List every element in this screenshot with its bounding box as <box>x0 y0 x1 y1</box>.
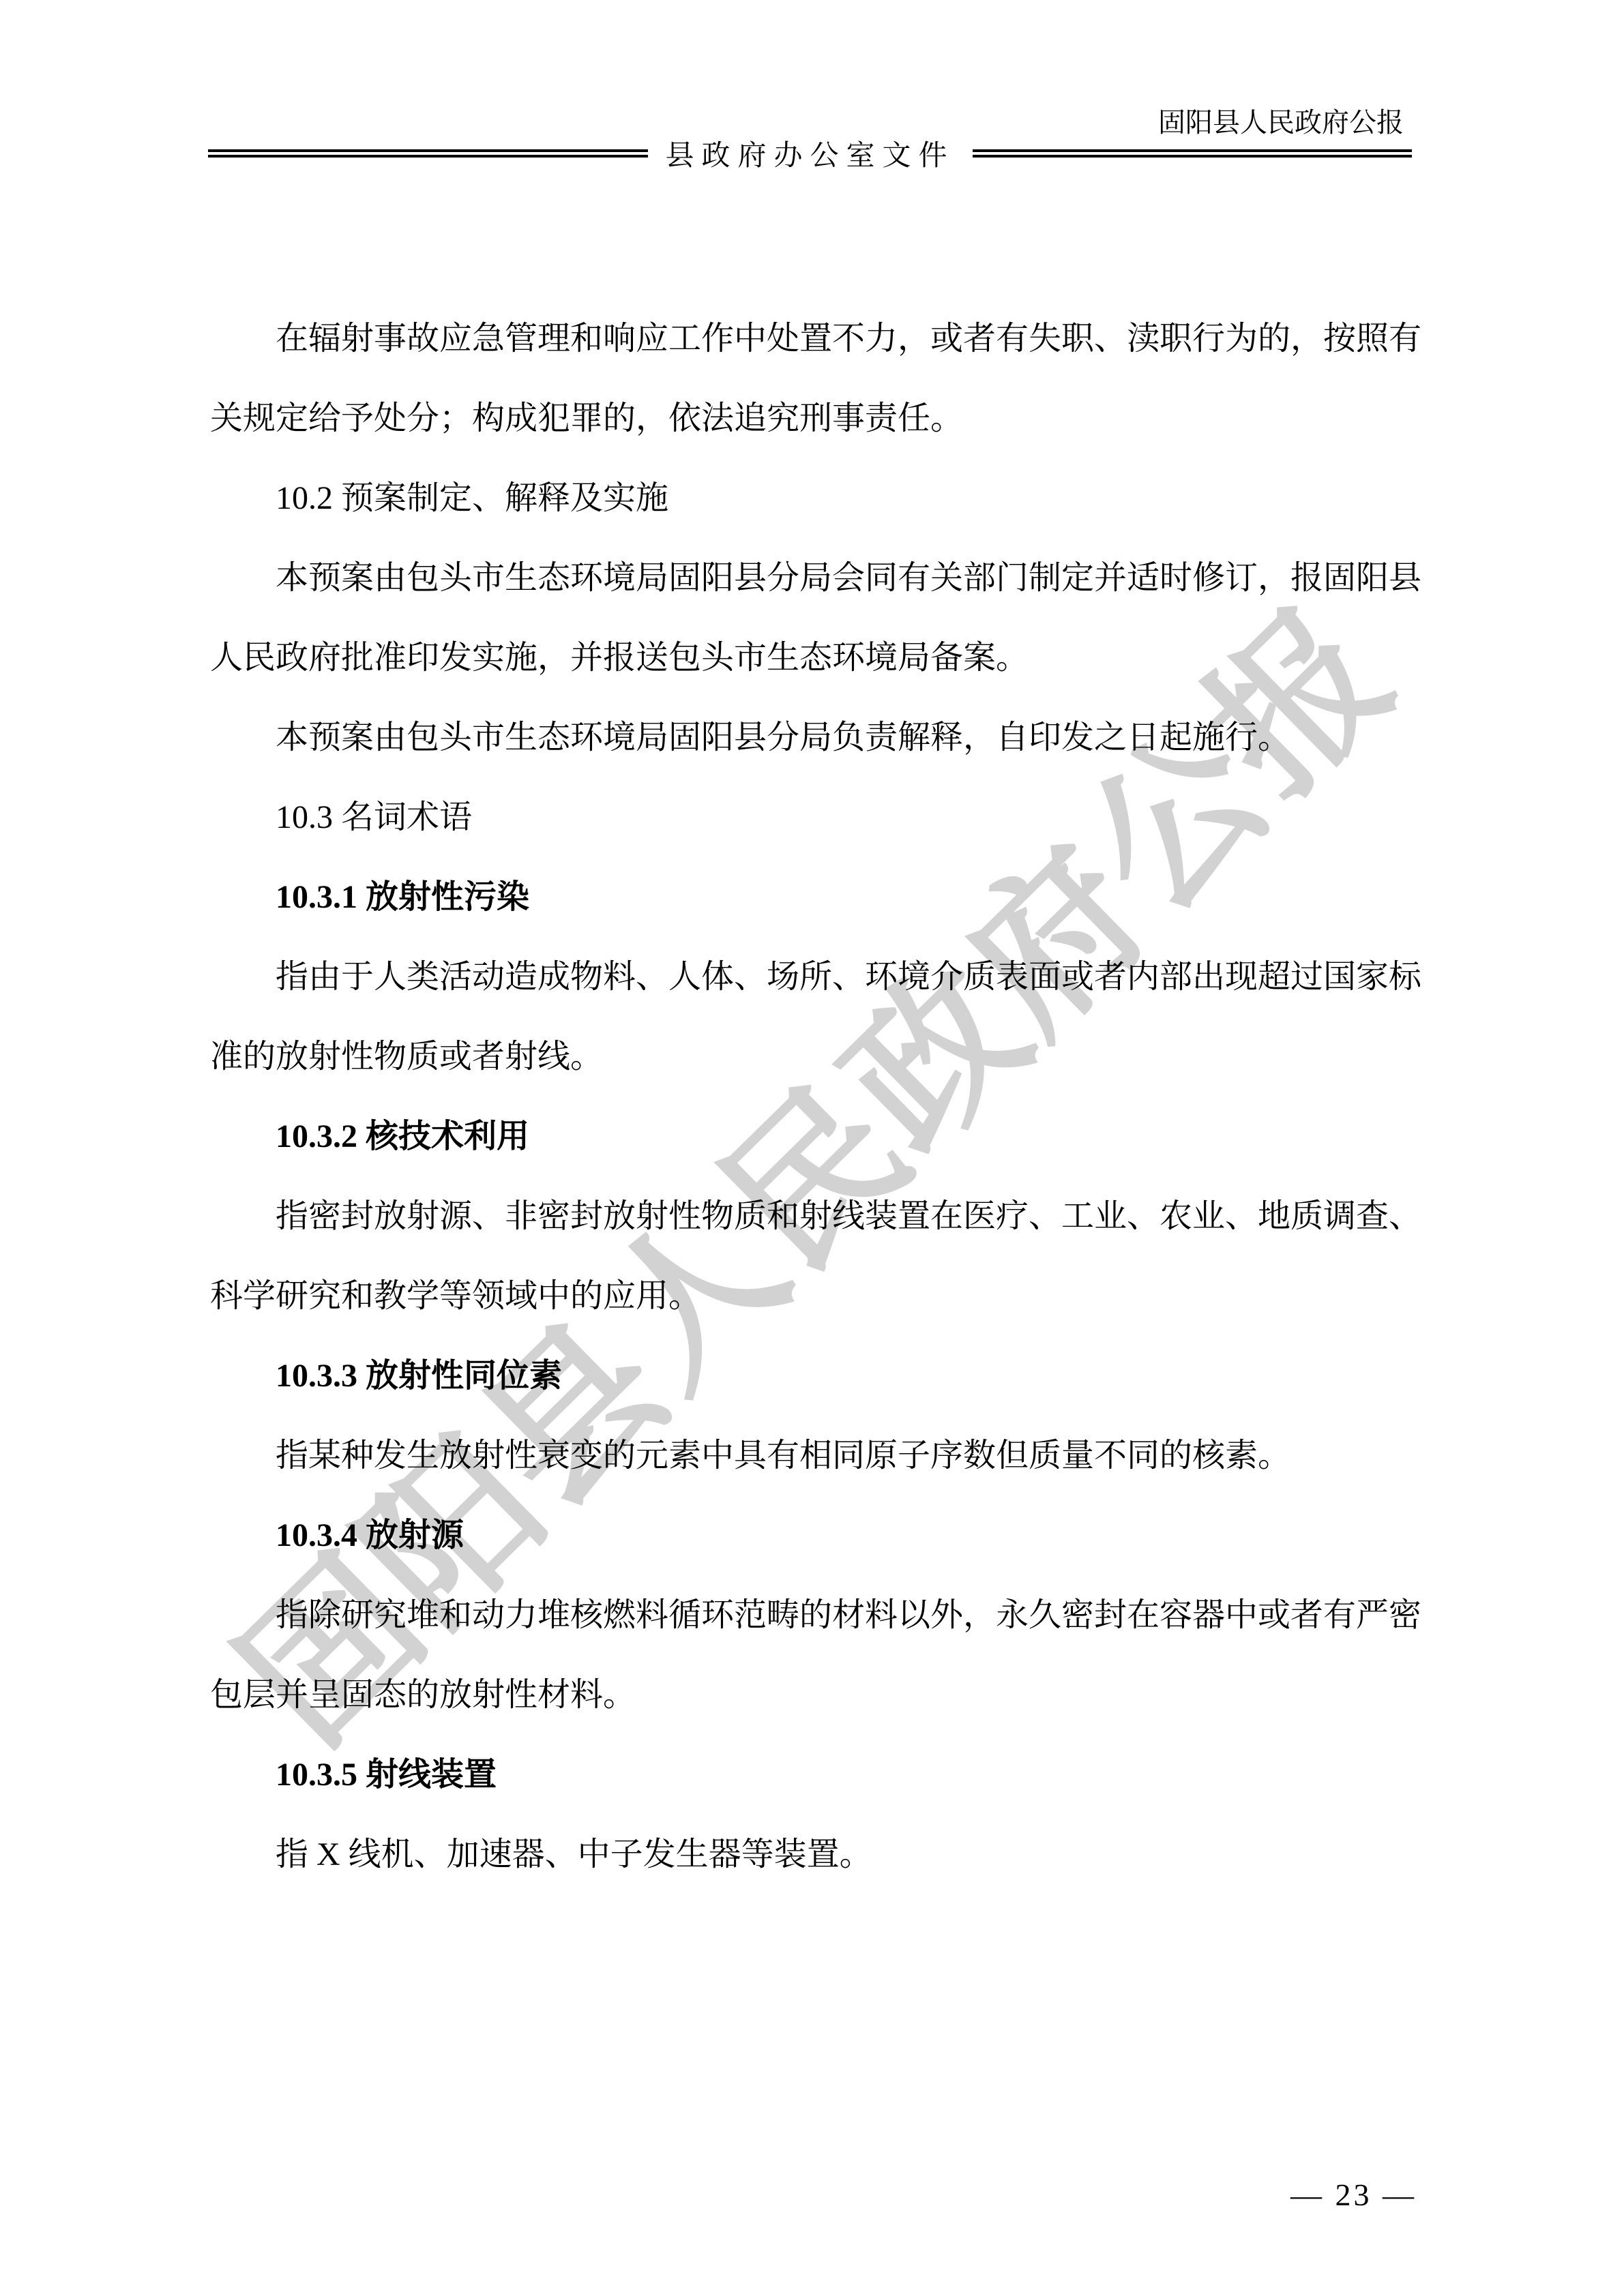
gazette-page: 固阳县人民政府公报 固阳县人民政府公报 县政府办公室文件 在辐射事故应急管理和响… <box>0 0 1624 2296</box>
body-text-line: 准的放射性物质或者射线。 <box>210 1017 1421 1097</box>
section-heading-line: 10.3.3 放射性同位素 <box>210 1336 1421 1416</box>
body-text-line: 本预案由包头市生态环境局固阳县分局负责解释，自印发之日起施行。 <box>210 698 1421 777</box>
section-heading-line: 10.3.5 射线装置 <box>210 1735 1421 1815</box>
page-number: — 23 — <box>1290 2177 1417 2213</box>
document-body: 在辐射事故应急管理和响应工作中处置不力，或者有失职、渎职行为的，按照有关规定给予… <box>210 299 1421 1894</box>
body-text-line: 关规定给予处分；构成犯罪的，依法追究刑事责任。 <box>210 378 1421 458</box>
body-text-line: 指某种发生放射性衰变的元素中具有相同原子序数但质量不同的核素。 <box>210 1416 1421 1495</box>
section-heading-line: 10.3.2 核技术利用 <box>210 1097 1421 1176</box>
body-text-line: 10.2 预案制定、解释及实施 <box>210 458 1421 538</box>
header-banner: 县政府办公室文件 <box>208 127 1412 180</box>
body-text-line: 指 X 线机、加速器、中子发生器等装置。 <box>210 1815 1421 1894</box>
body-text-line: 科学研究和教学等领域中的应用。 <box>210 1256 1421 1336</box>
body-text-line: 指由于人类活动造成物料、人体、场所、环境介质表面或者内部出现超过国家标 <box>210 937 1421 1017</box>
section-heading-line: 10.3.4 放射源 <box>210 1495 1421 1575</box>
banner-title: 县政府办公室文件 <box>666 133 955 174</box>
double-rule-left <box>208 149 648 158</box>
body-text-line: 10.3 名词术语 <box>210 777 1421 857</box>
double-rule-right <box>973 149 1413 158</box>
body-text-line: 指密封放射源、非密封放射性物质和射线装置在医疗、工业、农业、地质调查、 <box>210 1176 1421 1256</box>
section-heading-line: 10.3.1 放射性污染 <box>210 857 1421 937</box>
body-text-line: 包层并呈固态的放射性材料。 <box>210 1655 1421 1735</box>
body-text-line: 在辐射事故应急管理和响应工作中处置不力，或者有失职、渎职行为的，按照有 <box>210 299 1421 378</box>
body-text-line: 人民政府批准印发实施，并报送包头市生态环境局备案。 <box>210 618 1421 698</box>
body-text-line: 本预案由包头市生态环境局固阳县分局会同有关部门制定并适时修订，报固阳县 <box>210 538 1421 618</box>
body-text-line: 指除研究堆和动力堆核燃料循环范畴的材料以外，永久密封在容器中或者有严密 <box>210 1575 1421 1655</box>
